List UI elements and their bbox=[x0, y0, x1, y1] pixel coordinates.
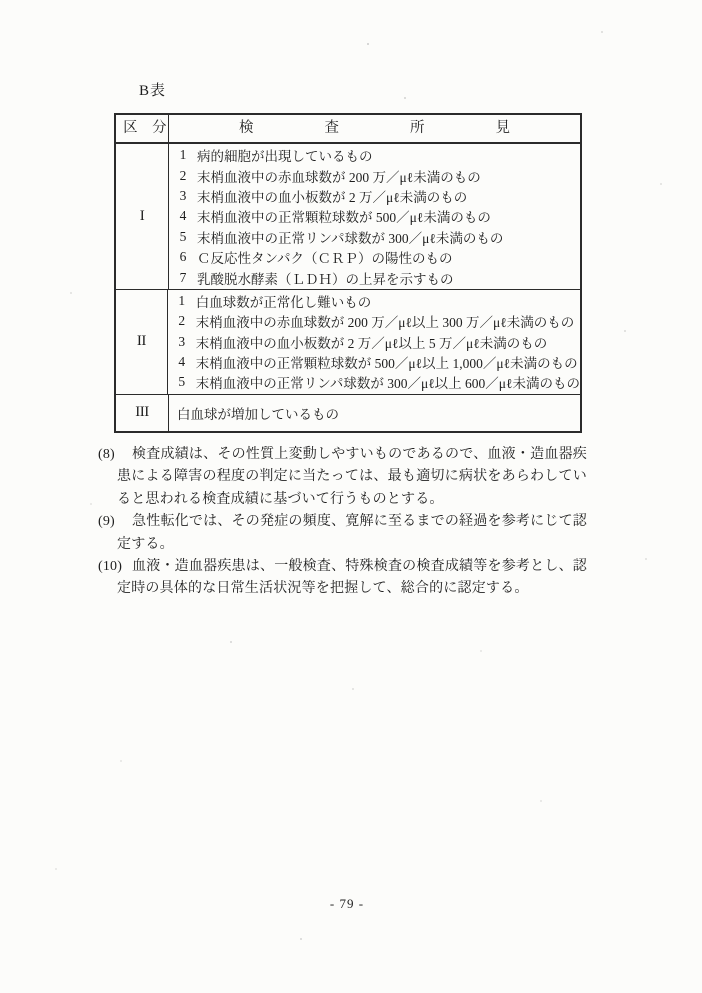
note-marker: (8) bbox=[98, 444, 132, 466]
item-number: 4 bbox=[177, 208, 189, 224]
table-row: 4 末梢血液中の正常顆粒球数が 500／μℓ以上 1,000／μℓ未満のもの bbox=[168, 352, 580, 372]
item-number: 3 bbox=[176, 334, 188, 350]
item-text: Ｃ反応性タンパク（ＣＲＰ）の陽性のもの bbox=[197, 247, 453, 267]
item-number: 2 bbox=[177, 168, 189, 184]
note-paragraph: (9)急性転化では、その発症の頻度、寛解に至るまでの経過を参考にじて認定する。 bbox=[98, 511, 587, 556]
item-text: 末梢血液中の正常顆粒球数が 500／μℓ以上 1,000／μℓ未満のもの bbox=[196, 352, 578, 372]
findings-table: 区 分 検 査 所 見 I 1 病的細胞が出現しているもの 2 末梢血液中の赤血… bbox=[114, 113, 582, 433]
item-text: 末梢血液中の正常リンパ球数が 300／μℓ未満のもの bbox=[197, 227, 503, 247]
note-text: 血液・造血器疾患は、一般検査、特殊検査の検査成績等を参考とし、認定時の具体的な日… bbox=[117, 559, 587, 596]
item-number: 1 bbox=[177, 147, 189, 163]
table-section: III 白血球が増加しているもの bbox=[116, 394, 580, 431]
item-number: 5 bbox=[177, 229, 189, 245]
table-section: II 1 白血球数が正常化し難いもの 2 末梢血液中の赤血球数が 200 万／μ… bbox=[116, 289, 580, 394]
item-text: 末梢血液中の正常顆粒球数が 500／μℓ未満のもの bbox=[197, 206, 491, 226]
item-number: 5 bbox=[176, 374, 188, 390]
item-text: 白血球数が正常化し難いもの bbox=[196, 291, 372, 311]
table-row: 2 末梢血液中の赤血球数が 200 万／μℓ以上 300 万／μℓ未満のもの bbox=[168, 311, 580, 331]
table-row: 7 乳酸脱水酵素（ＬＤＨ）の上昇を示すもの bbox=[169, 267, 580, 287]
notes-section: (8)検査成績は、その性質上変動しやすいものであるので、血液・造血器疾患による障… bbox=[98, 444, 587, 601]
section-items: 白血球が増加しているもの bbox=[169, 395, 580, 431]
table-row: 5 末梢血液中の正常リンパ球数が 300／μℓ未満のもの bbox=[169, 227, 580, 247]
column-header-findings: 検 査 所 見 bbox=[169, 115, 580, 142]
item-text: 末梢血液中の赤血球数が 200 万／μℓ以上 300 万／μℓ未満のもの bbox=[196, 311, 574, 331]
table-body: I 1 病的細胞が出現しているもの 2 末梢血液中の赤血球数が 200 万／μℓ… bbox=[116, 144, 580, 431]
item-number: 2 bbox=[176, 313, 188, 329]
item-number: 7 bbox=[177, 270, 189, 286]
item-number: 3 bbox=[177, 188, 189, 204]
item-text: 末梢血液中の血小板数が 2 万／μℓ以上 5 万／μℓ未満のもの bbox=[196, 332, 547, 352]
table-row: 1 病的細胞が出現しているもの bbox=[169, 145, 580, 165]
item-text: 乳酸脱水酵素（ＬＤＨ）の上昇を示すもの bbox=[197, 268, 454, 288]
table-row: 2 末梢血液中の赤血球数が 200 万／μℓ未満のもの bbox=[169, 165, 580, 185]
table-row: 1 白血球数が正常化し難いもの bbox=[168, 291, 580, 311]
section-label: III bbox=[116, 395, 169, 431]
table-row: 白血球が増加しているもの bbox=[169, 403, 580, 423]
item-number: 6 bbox=[177, 249, 189, 265]
section-label: II bbox=[116, 290, 168, 394]
section-items: 1 白血球数が正常化し難いもの 2 末梢血液中の赤血球数が 200 万／μℓ以上… bbox=[168, 290, 580, 394]
note-marker: (10) bbox=[98, 556, 132, 578]
item-number: 4 bbox=[176, 354, 188, 370]
section-items: 1 病的細胞が出現しているもの 2 末梢血液中の赤血球数が 200 万／μℓ未満… bbox=[169, 144, 580, 289]
note-marker: (9) bbox=[98, 511, 132, 533]
table-header-row: 区 分 検 査 所 見 bbox=[116, 115, 580, 144]
table-section: I 1 病的細胞が出現しているもの 2 末梢血液中の赤血球数が 200 万／μℓ… bbox=[116, 144, 580, 289]
column-header-category: 区 分 bbox=[116, 115, 169, 142]
note-paragraph: (8)検査成績は、その性質上変動しやすいものであるので、血液・造血器疾患による障… bbox=[98, 444, 587, 511]
table-row: 4 末梢血液中の正常顆粒球数が 500／μℓ未満のもの bbox=[169, 206, 580, 226]
document-page: B表 区 分 検 査 所 見 I 1 病的細胞が出現しているもの 2 末梢血液中… bbox=[0, 0, 702, 993]
note-text: 検査成績は、その性質上変動しやすいものであるので、血液・造血器疾患による障害の程… bbox=[117, 447, 587, 507]
item-text: 病的細胞が出現しているもの bbox=[197, 145, 373, 165]
section-label: I bbox=[116, 144, 169, 289]
item-text: 白血球が増加しているもの bbox=[177, 403, 339, 423]
table-row: 3 末梢血液中の血小板数が 2 万／μℓ未満のもの bbox=[169, 186, 580, 206]
item-text: 末梢血液中の赤血球数が 200 万／μℓ未満のもの bbox=[197, 166, 481, 186]
item-text: 末梢血液中の正常リンパ球数が 300／μℓ以上 600／μℓ未満のもの bbox=[196, 372, 580, 392]
table-row: 5 末梢血液中の正常リンパ球数が 300／μℓ以上 600／μℓ未満のもの bbox=[168, 372, 580, 392]
note-paragraph: (10)血液・造血器疾患は、一般検査、特殊検査の検査成績等を参考とし、認定時の具… bbox=[98, 556, 587, 601]
scan-noise bbox=[0, 0, 2, 2]
table-title: B表 bbox=[139, 79, 166, 100]
item-number: 1 bbox=[176, 293, 188, 309]
table-row: 3 末梢血液中の血小板数が 2 万／μℓ以上 5 万／μℓ未満のもの bbox=[168, 332, 580, 352]
table-row: 6 Ｃ反応性タンパク（ＣＲＰ）の陽性のもの bbox=[169, 247, 580, 267]
page-number: - 79 - bbox=[0, 896, 694, 912]
item-text: 末梢血液中の血小板数が 2 万／μℓ未満のもの bbox=[197, 186, 467, 206]
note-text: 急性転化では、その発症の頻度、寛解に至るまでの経過を参考にじて認定する。 bbox=[117, 514, 587, 551]
